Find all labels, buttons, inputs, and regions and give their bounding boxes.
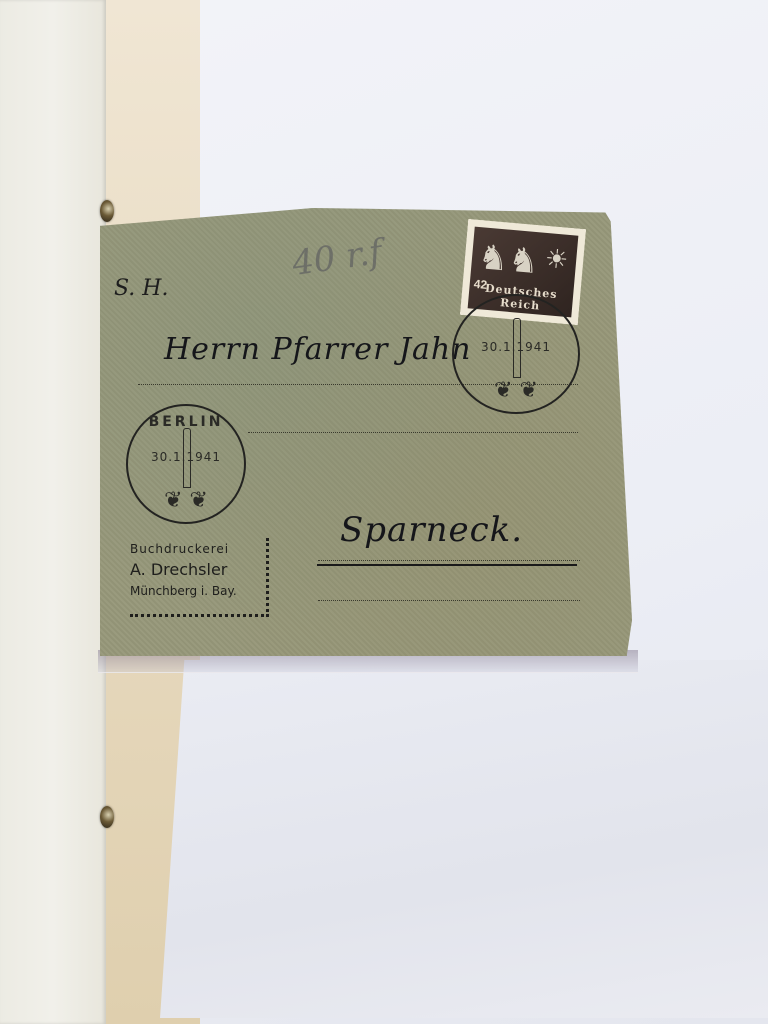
address-line-4 [318,600,580,601]
postmark-berlin: BERLIN 30.1.1941 ❦ ❦ [126,404,246,524]
destination-underline [317,564,577,566]
corner-initials: S. H. [114,276,168,301]
postmark-date: 30.1.1941 [454,340,578,354]
destination-handwriting: Sparneck. [340,510,523,550]
address-line-3 [318,560,580,561]
postmark-on-stamp: 30.1.1941 ❦ ❦ [452,294,580,414]
imprint-line-3: Münchberg i. Bay. [130,584,237,598]
binder-ring-top [100,200,114,222]
pencil-price-note: 40 r.f [290,232,385,284]
addressee-handwriting: Herrn Pfarrer Jahn [164,332,472,367]
imprint-line-1: Buchdruckerei [130,542,229,556]
binder-ring-bottom [100,806,114,828]
album-backing-sheet-lower [160,660,768,1018]
charioteer-icon: ☀ [544,243,570,276]
postmark-date: 30.1.1941 [128,450,244,464]
address-line-2 [248,432,578,433]
horses-icon: ♞♞ [476,237,540,282]
imprint-line-2: A. Drechsler [130,560,227,579]
envelope: 40 r.f S. H. Herrn Pfarrer Jahn Sparneck… [100,208,632,656]
wreath-icon: ❦ ❦ [468,380,564,402]
album-left-page [0,0,106,1024]
printer-imprint: Buchdruckerei A. Drechsler Münchberg i. … [130,538,269,617]
wreath-icon: ❦ ❦ [142,490,230,512]
